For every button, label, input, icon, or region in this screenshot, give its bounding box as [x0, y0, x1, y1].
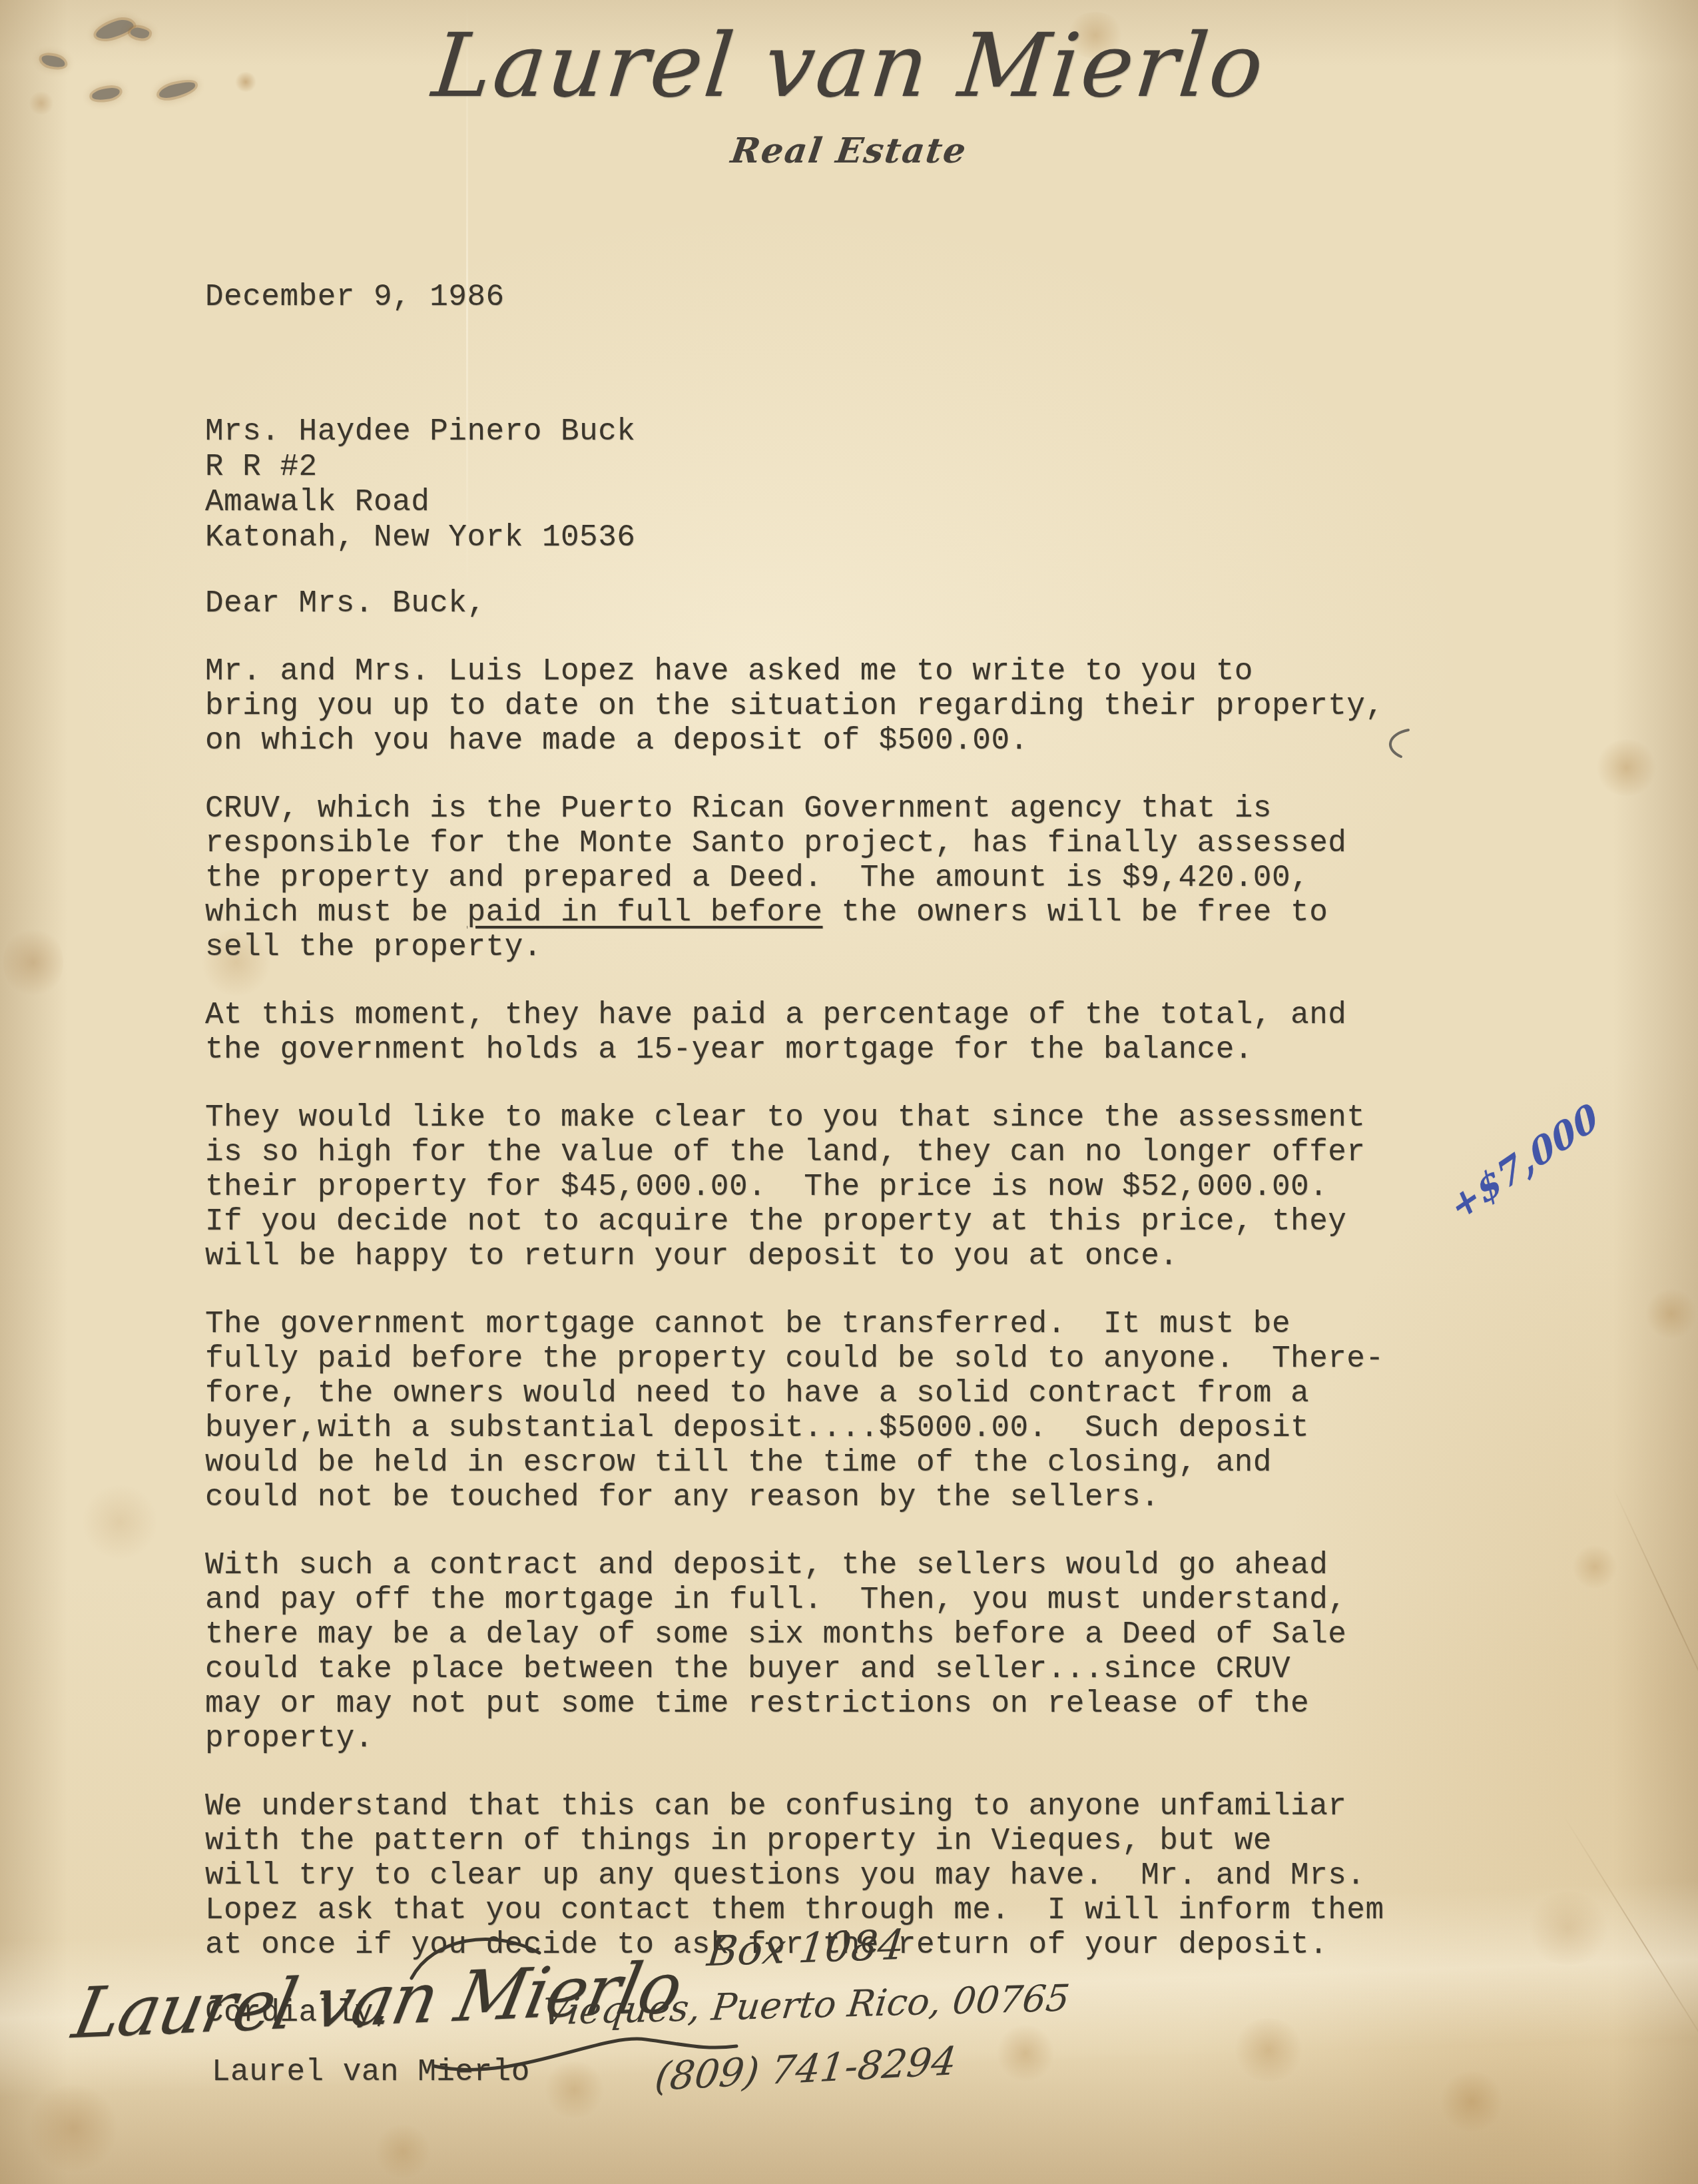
underline-pre-text: which must be [205, 895, 467, 930]
letter-line: With such a contract and deposit, the se… [205, 1548, 1470, 1583]
paper-stain [1438, 2071, 1505, 2131]
paper-stain [1645, 1289, 1698, 1339]
letter-line: Amawalk Road [205, 485, 635, 520]
paragraph-2: CRUV, which is the Puerto Rican Governme… [205, 791, 1470, 964]
letter-line: bring you up to date on the situation re… [205, 689, 1470, 723]
letter-line: their property for $45,000.00. The price… [205, 1170, 1470, 1204]
letter-line: on which you have made a deposit of $500… [205, 723, 1470, 758]
letter-line: property. [205, 1721, 1470, 1756]
letter-line: R R #2 [205, 450, 635, 485]
letter-line: the government holds a 15-year mortgage … [205, 1032, 1470, 1067]
letter-line: may or may not put some time restriction… [205, 1686, 1470, 1721]
letter-line: They would like to make clear to you tha… [205, 1100, 1470, 1135]
letter-line: sell the property. [205, 930, 1470, 964]
paper-stain [373, 2125, 433, 2178]
letter-line: there may be a delay of some six months … [205, 1617, 1470, 1652]
typed-sender-name: Laurel van Mierlo [212, 2055, 530, 2089]
paper-stain [1571, 1545, 1618, 1589]
salutation: Dear Mrs. Buck, [205, 586, 1470, 621]
paragraph-6: With such a contract and deposit, the se… [205, 1548, 1470, 1756]
letter-line: the property and prepared a Deed. The am… [205, 861, 1470, 895]
paragraph-2-lines-before: CRUV, which is the Puerto Rican Governme… [205, 791, 1470, 895]
paper-stain [80, 1485, 160, 1559]
paragraph-2-underline-line: which must be paid in full before the ow… [205, 895, 1470, 930]
letter-line: We understand that this can be confusing… [205, 1789, 1470, 1824]
letter-line: The government mortgage cannot be transf… [205, 1307, 1470, 1341]
letter-line: responsible for the Monte Santo project,… [205, 826, 1470, 861]
underlined-phrase: paid in full before [467, 895, 822, 930]
letter-line: could not be touched for any reason by t… [205, 1480, 1470, 1515]
letter-line: with the pattern of things in property i… [205, 1824, 1470, 1858]
letter-line: and pay off the mortgage in full. Then, … [205, 1583, 1470, 1617]
paragraph-3: At this moment, they have paid a percent… [205, 998, 1470, 1067]
paper-crease [1611, 1485, 1698, 1739]
paragraph-1: Mr. and Mrs. Luis Lopez have asked me to… [205, 654, 1470, 758]
letter-line: is so high for the value of the land, th… [205, 1135, 1470, 1170]
paper-stain [3, 926, 63, 999]
paper-stain [27, 2085, 120, 2171]
letter-line: would be held in escrow till the time of… [205, 1445, 1470, 1480]
letter-body: Dear Mrs. Buck, Mr. and Mrs. Luis Lopez … [205, 586, 1470, 2063]
letter-line: could take place between the buyer and s… [205, 1652, 1470, 1686]
underline-post-text: the owners will be free to [822, 895, 1328, 930]
letter-line: buyer,with a substantial deposit....$500… [205, 1411, 1470, 1445]
letter-line: Katonah, New York 10536 [205, 520, 635, 555]
letter-date: December 9, 1986 [205, 280, 505, 314]
letter-page: Laurel van Mierlo Real Estate December 9… [0, 0, 1698, 2184]
paragraph-2-lines-after: sell the property. [205, 930, 1470, 964]
letter-line: will try to clear up any questions you m… [205, 1858, 1470, 1893]
letter-line: At this moment, they have paid a percent… [205, 998, 1470, 1032]
paragraph-5: The government mortgage cannot be transf… [205, 1307, 1470, 1515]
letter-line: Mr. and Mrs. Luis Lopez have asked me to… [205, 654, 1470, 689]
paragraph-4: They would like to make clear to you tha… [205, 1100, 1470, 1274]
stray-pen-mark [1372, 726, 1418, 763]
paper-stain [1595, 739, 1658, 796]
letter-line: CRUV, which is the Puerto Rican Governme… [205, 791, 1470, 826]
recipient-address: Mrs. Haydee Pinero BuckR R #2Amawalk Roa… [205, 414, 635, 555]
letterhead-company-name: Laurel van Mierlo [0, 15, 1698, 117]
letter-line: will be happy to return your deposit to … [205, 1239, 1470, 1274]
letterhead-subtitle: Real Estate [0, 131, 1698, 171]
paper-stain [1525, 1892, 1611, 1965]
letter-line: Mrs. Haydee Pinero Buck [205, 414, 635, 450]
letter-line: If you decide not to acquire the propert… [205, 1204, 1470, 1239]
letter-line: fully paid before the property could be … [205, 1341, 1470, 1376]
letter-line: fore, the owners would need to have a so… [205, 1376, 1470, 1411]
